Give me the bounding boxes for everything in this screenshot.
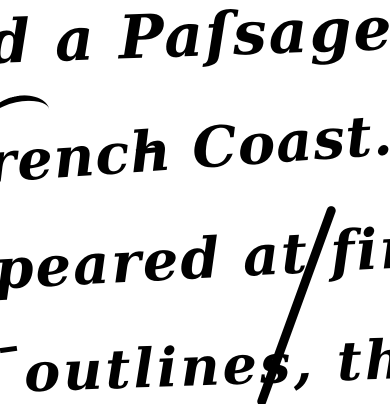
handwriting-line-3: peared at firs xyxy=(0,218,390,298)
handwriting-line-2: rench Coast. ca xyxy=(0,101,390,192)
handwriting-line-1: d a Paſsage xyxy=(0,0,390,73)
manuscript-page: d a Paſsage rench Coast. ca peared at fi… xyxy=(0,0,390,404)
handwriting-line-4: outlines, the xyxy=(23,331,390,400)
t-crossbar-dash xyxy=(0,346,17,353)
